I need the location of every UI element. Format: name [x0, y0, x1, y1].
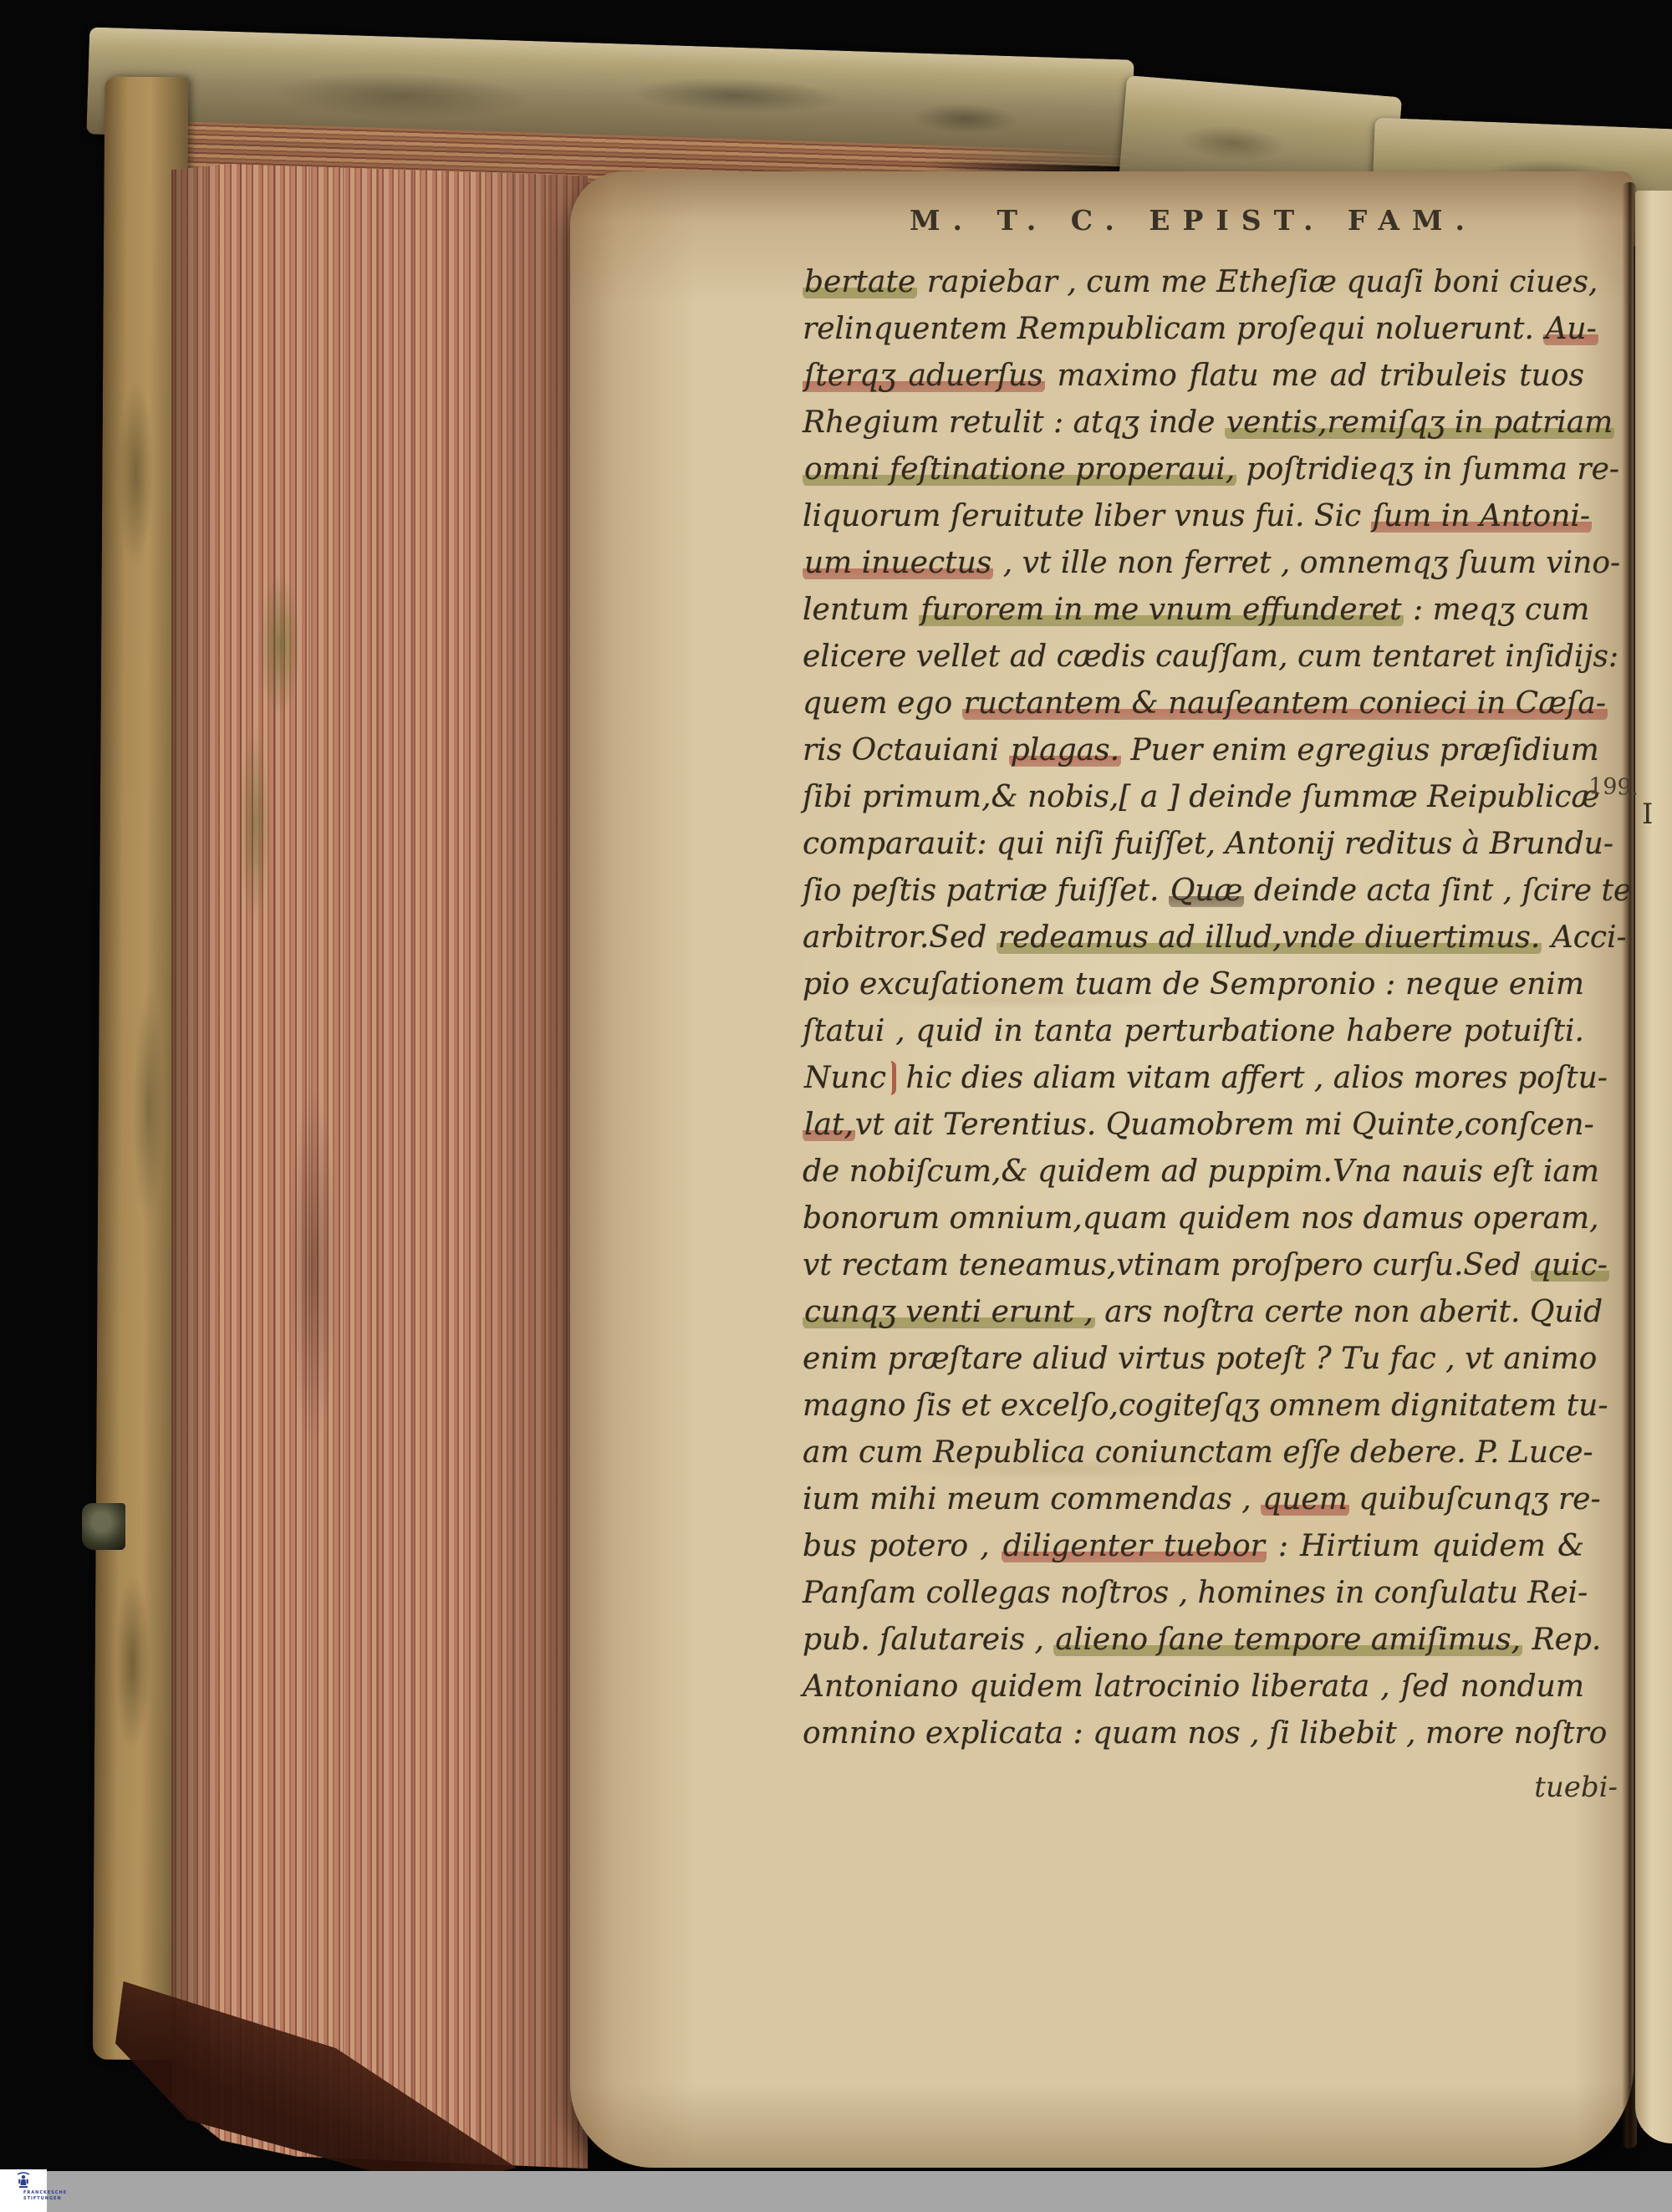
text-line: ſibi primum,& nobis,[ a ] deinde ſummæ R…: [803, 774, 1584, 821]
text-line: de nobiſcum,& quidem ad puppim.Vna nauis…: [803, 1149, 1584, 1195]
text-line: enim præſtare aliud virtus poteſt ? Tu f…: [803, 1336, 1584, 1383]
catchword: tuebi-: [803, 1771, 1618, 1804]
next-page-sliver: I: [1635, 191, 1672, 2143]
text-line: lat,vt ait Terentius. Quamobrem mi Quint…: [803, 1102, 1584, 1149]
text-line: comparauit: qui niſi fuiſſet, Antonij re…: [803, 821, 1584, 868]
annotation-underline: quem: [1261, 1482, 1349, 1516]
annotation-underline: ructantem & nauſeantem conieci in Cæſa-: [962, 686, 1608, 721]
annotation-underline: ventis,remiſqʒ in patriam: [1225, 405, 1614, 440]
annotation-underline: Quæ: [1169, 874, 1245, 908]
annotation-underline: furorem in me vnum effunderet: [919, 593, 1403, 627]
text-line: liquorum ſeruitute liber vnus fui. Sic ſ…: [803, 493, 1584, 540]
text-line: bertate rapiebar , cum me Etheſiæ quaſi …: [803, 259, 1584, 306]
text-line: bus potero , diligenter tuebor : Hirtium…: [803, 1523, 1584, 1570]
text-line: ſtatui , quid in tanta perturbatione hab…: [803, 1008, 1584, 1055]
text-line: vt rectam teneamus,vtinam proſpero curſu…: [803, 1242, 1584, 1289]
text-line: Nunc hic dies aliam vitam affert , alios…: [803, 1055, 1584, 1102]
logo-text-line2: STIFTUNGEN: [23, 2196, 62, 2202]
text-line: pio excuſationem tuam de Sempronio : neq…: [803, 961, 1584, 1008]
annotation-underline: um inuectus: [803, 546, 993, 580]
annotation-underline: lat,: [803, 1108, 855, 1142]
text-line: bonorum omnium,quam quidem nos damus ope…: [803, 1195, 1584, 1242]
annotation-underline: diligenter tuebor: [1002, 1529, 1267, 1563]
franckesche-stiftungen-logo: FRANCKESCHE STIFTUNGEN: [0, 2169, 47, 2212]
text-line: Panſam collegas noſtros , homines in con…: [803, 1570, 1584, 1617]
text-line: omnino explicata : quam nos , ſi libebit…: [803, 1710, 1584, 1757]
text-line: ris Octauiani plagas. Puer enim egregius…: [803, 727, 1584, 774]
text-line: Antoniano quidem latrocinio liberata , ſ…: [803, 1664, 1584, 1710]
annotation-underline: ſum in Antoni-: [1371, 499, 1592, 533]
annotation-underline: alieno ſane tempore amiſimus,: [1053, 1623, 1522, 1657]
book-clasp-remnant: [82, 1503, 125, 1550]
text-line: ſterqʒ aduerſus maximo flatu me ad tribu…: [803, 353, 1584, 400]
scanned-book-photo: I M. T. C. EPIST. FAM. bertate rapiebar …: [0, 0, 1672, 2212]
text-line: ium mihi meum commendas , quem quibuſcun…: [803, 1476, 1584, 1523]
text-line: quem ego ructantem & nauſeantem conieci …: [803, 680, 1584, 727]
scan-footer-bar: [0, 2171, 1672, 2212]
book-fore-edge-page-stack: [171, 164, 588, 2169]
text-line: omni feſtinatione properaui, poſtridieqʒ…: [803, 446, 1584, 493]
annotation-underline: omni feſtinatione properaui,: [803, 452, 1236, 487]
annotation-underline: quic-: [1531, 1248, 1609, 1282]
annotation-underline: ſterqʒ aduerſus: [803, 359, 1045, 393]
next-page-partial-letter: I: [1642, 798, 1667, 834]
text-line: um inuectus , vt ille non ferret , omnem…: [803, 540, 1584, 587]
text-line: pub. ſalutareis , alieno ſane tempore am…: [803, 1617, 1584, 1664]
annotation-underline: cunqʒ venti erunt ,: [803, 1295, 1095, 1329]
annotation-underline: Au-: [1543, 312, 1598, 346]
annotation-underline: plagas.: [1009, 733, 1121, 767]
logo-text: FRANCKESCHE STIFTUNGEN: [0, 2190, 47, 2196]
text-line: magno ſis et excelſo,cogiteſqʒ omnem dig…: [803, 1383, 1584, 1430]
text-line: ſio peſtis patriæ fuiſſet. Quæ deinde ac…: [803, 868, 1584, 915]
annotation-underline: redeamus ad illud,vnde diuertimus.: [997, 920, 1542, 955]
text-line: arbitror.Sed redeamus ad illud,vnde diue…: [803, 915, 1584, 961]
logo-text-line1: FRANCKESCHE: [23, 2190, 67, 2196]
annotation-underline: Nunc: [803, 1061, 896, 1095]
text-block: bertate rapiebar , cum me Etheſiæ quaſi …: [803, 259, 1584, 1757]
running-header: M. T. C. EPIST. FAM.: [803, 204, 1584, 237]
text-line: Rhegium retulit : atqʒ inde ventis,remiſ…: [803, 400, 1584, 446]
text-line: elicere vellet ad cædis cauſſam, cum ten…: [803, 634, 1584, 680]
text-line: cunqʒ venti erunt , ars noſtra certe non…: [803, 1289, 1584, 1336]
text-line: am cum Republica coniunctam eſſe debere.…: [803, 1430, 1584, 1476]
margin-note: 199.: [1588, 773, 1639, 801]
text-line: relinquentem Rempublicam proſequi noluer…: [803, 306, 1584, 353]
text-line: lentum furorem in me vnum effunderet : m…: [803, 587, 1584, 634]
annotation-underline: bertate: [803, 265, 917, 299]
logo-figure-icon: [16, 2172, 31, 2189]
